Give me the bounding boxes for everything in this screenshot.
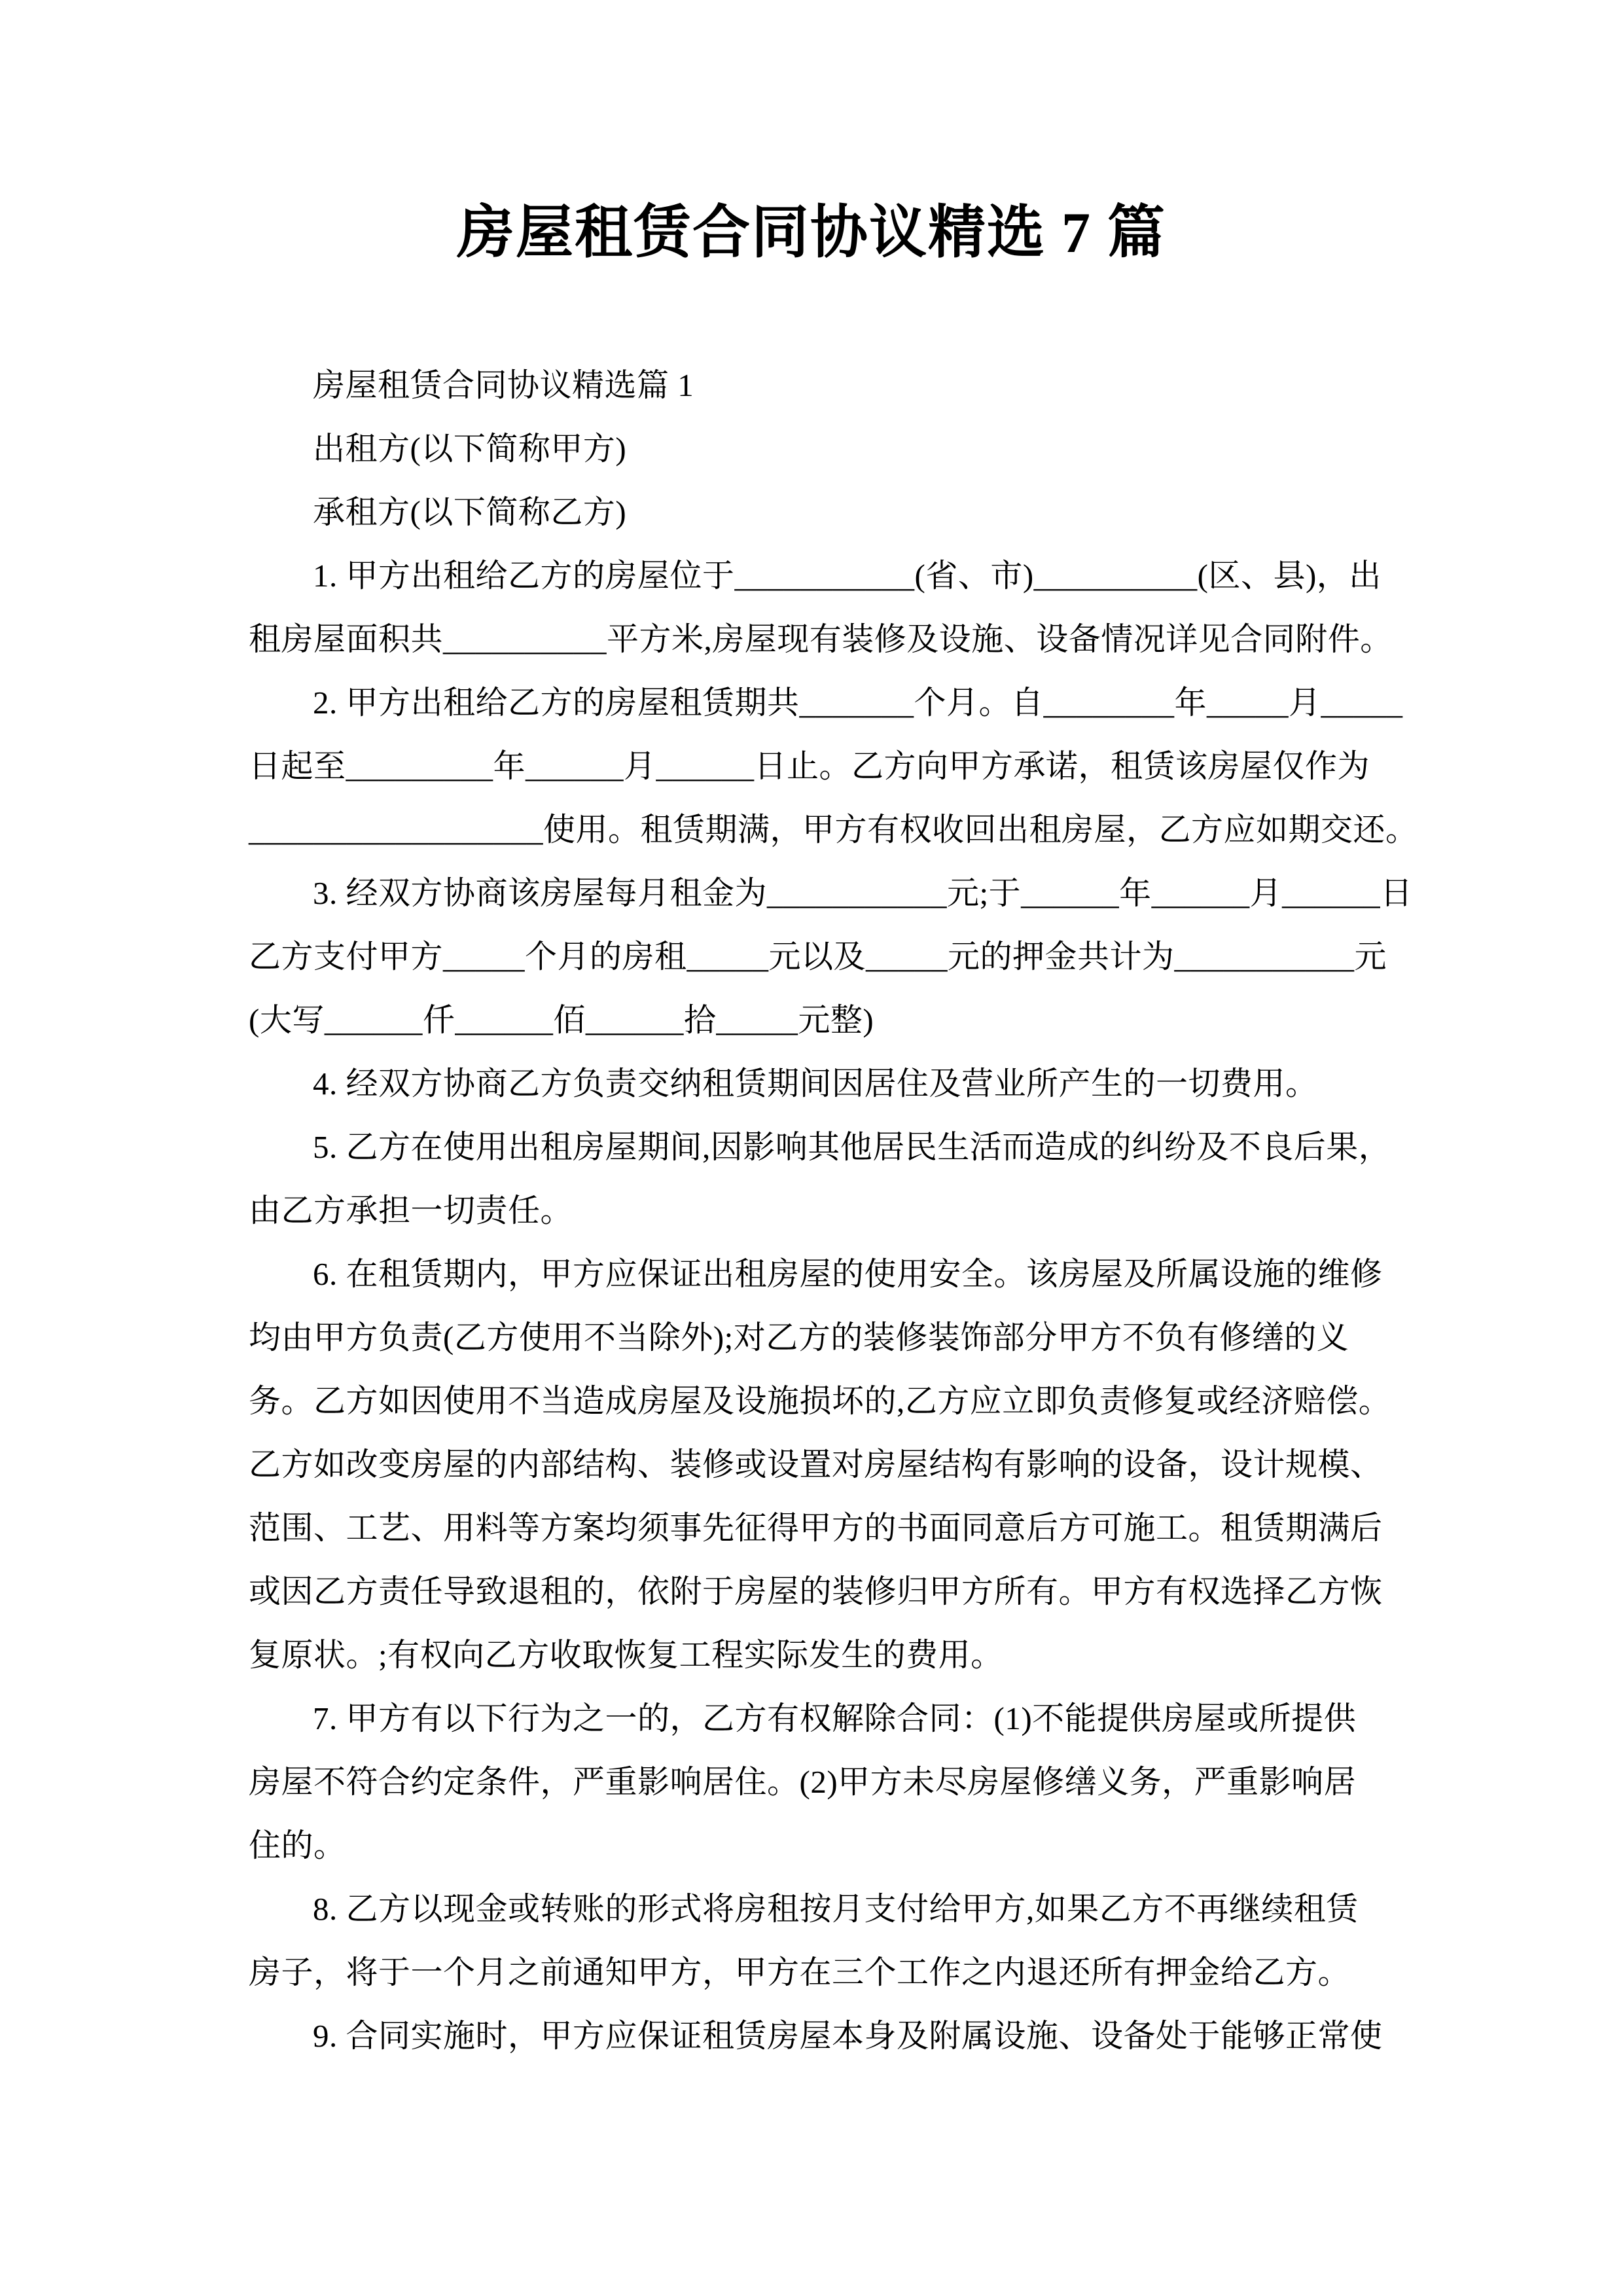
document-line: 或因乙方责任导致退租的，依附于房屋的装修归甲方所有。甲方有权选择乙方恢 [249, 1560, 1420, 1623]
document-title: 房屋租赁合同协议精选 7 篇 [0, 0, 1623, 276]
document-line: 4. 经双方协商乙方负责交纳租赁期间因居住及营业所产生的一切费用。 [249, 1052, 1420, 1115]
document-line: 7. 甲方有以下行为之一的，乙方有权解除合同：(1)不能提供房屋或所提供 [249, 1687, 1420, 1750]
document-line: 复原状。;有权向乙方收取恢复工程实际发生的费用。 [249, 1623, 1420, 1687]
document-line: 1. 甲方出租给乙方的房屋位于___________(省、市)_________… [249, 544, 1420, 607]
document-line: 出租方(以下简称甲方) [249, 417, 1420, 480]
document-line: 由乙方承担一切责任。 [249, 1179, 1420, 1242]
document-line: 3. 经双方协商该房屋每月租金为___________元;于______年___… [249, 861, 1420, 925]
document-line: (大写______仟______佰______拾_____元整) [249, 988, 1420, 1052]
document-line: 租房屋面积共__________平方米,房屋现有装修及设施、设备情况详见合同附件… [249, 607, 1420, 671]
document-body: 房屋租赁合同协议精选篇 1出租方(以下简称甲方)承租方(以下简称乙方)1. 甲方… [249, 353, 1420, 2068]
document-line: 9. 合同实施时，甲方应保证租赁房屋本身及附属设施、设备处于能够正常使 [249, 2004, 1420, 2068]
document-line: 房子，将于一个月之前通知甲方，甲方在三个工作之内退还所有押金给乙方。 [249, 1941, 1420, 2004]
document-line: 8. 乙方以现金或转账的形式将房租按月支付给甲方,如果乙方不再继续租赁 [249, 1877, 1420, 1941]
document-line: 范围、工艺、用料等方案均须事先征得甲方的书面同意后方可施工。租赁期满后 [249, 1496, 1420, 1560]
document-line: __________________使用。租赁期满，甲方有权收回出租房屋，乙方应… [249, 798, 1420, 861]
document-line: 住的。 [249, 1814, 1420, 1877]
document-line: 5. 乙方在使用出租房屋期间,因影响其他居民生活而造成的纠纷及不良后果， [249, 1115, 1420, 1179]
document-line: 均由甲方负责(乙方使用不当除外);对乙方的装修装饰部分甲方不负有修缮的义 [249, 1306, 1420, 1369]
document-line: 乙方支付甲方_____个月的房租_____元以及_____元的押金共计为____… [249, 925, 1420, 988]
document-line: 承租方(以下简称乙方) [249, 480, 1420, 544]
document-line: 房屋不符合约定条件，严重影响居住。(2)甲方未尽房屋修缮义务，严重影响居 [249, 1750, 1420, 1814]
document-line: 务。乙方如因使用不当造成房屋及设施损坏的,乙方应立即负责修复或经济赔偿。 [249, 1369, 1420, 1433]
document-line: 2. 甲方出租给乙方的房屋租赁期共_______个月。自________年___… [249, 671, 1420, 734]
document-line: 房屋租赁合同协议精选篇 1 [249, 353, 1420, 417]
document-line: 6. 在租赁期内，甲方应保证出租房屋的使用安全。该房屋及所属设施的维修 [249, 1242, 1420, 1306]
document-line: 乙方如改变房屋的内部结构、装修或设置对房屋结构有影响的设备，设计规模、 [249, 1433, 1420, 1496]
contract-document-page: 房屋租赁合同协议精选 7 篇 房屋租赁合同协议精选篇 1出租方(以下简称甲方)承… [0, 0, 1623, 2296]
document-line: 日起至_________年______月______日止。乙方向甲方承诺，租赁该… [249, 734, 1420, 798]
